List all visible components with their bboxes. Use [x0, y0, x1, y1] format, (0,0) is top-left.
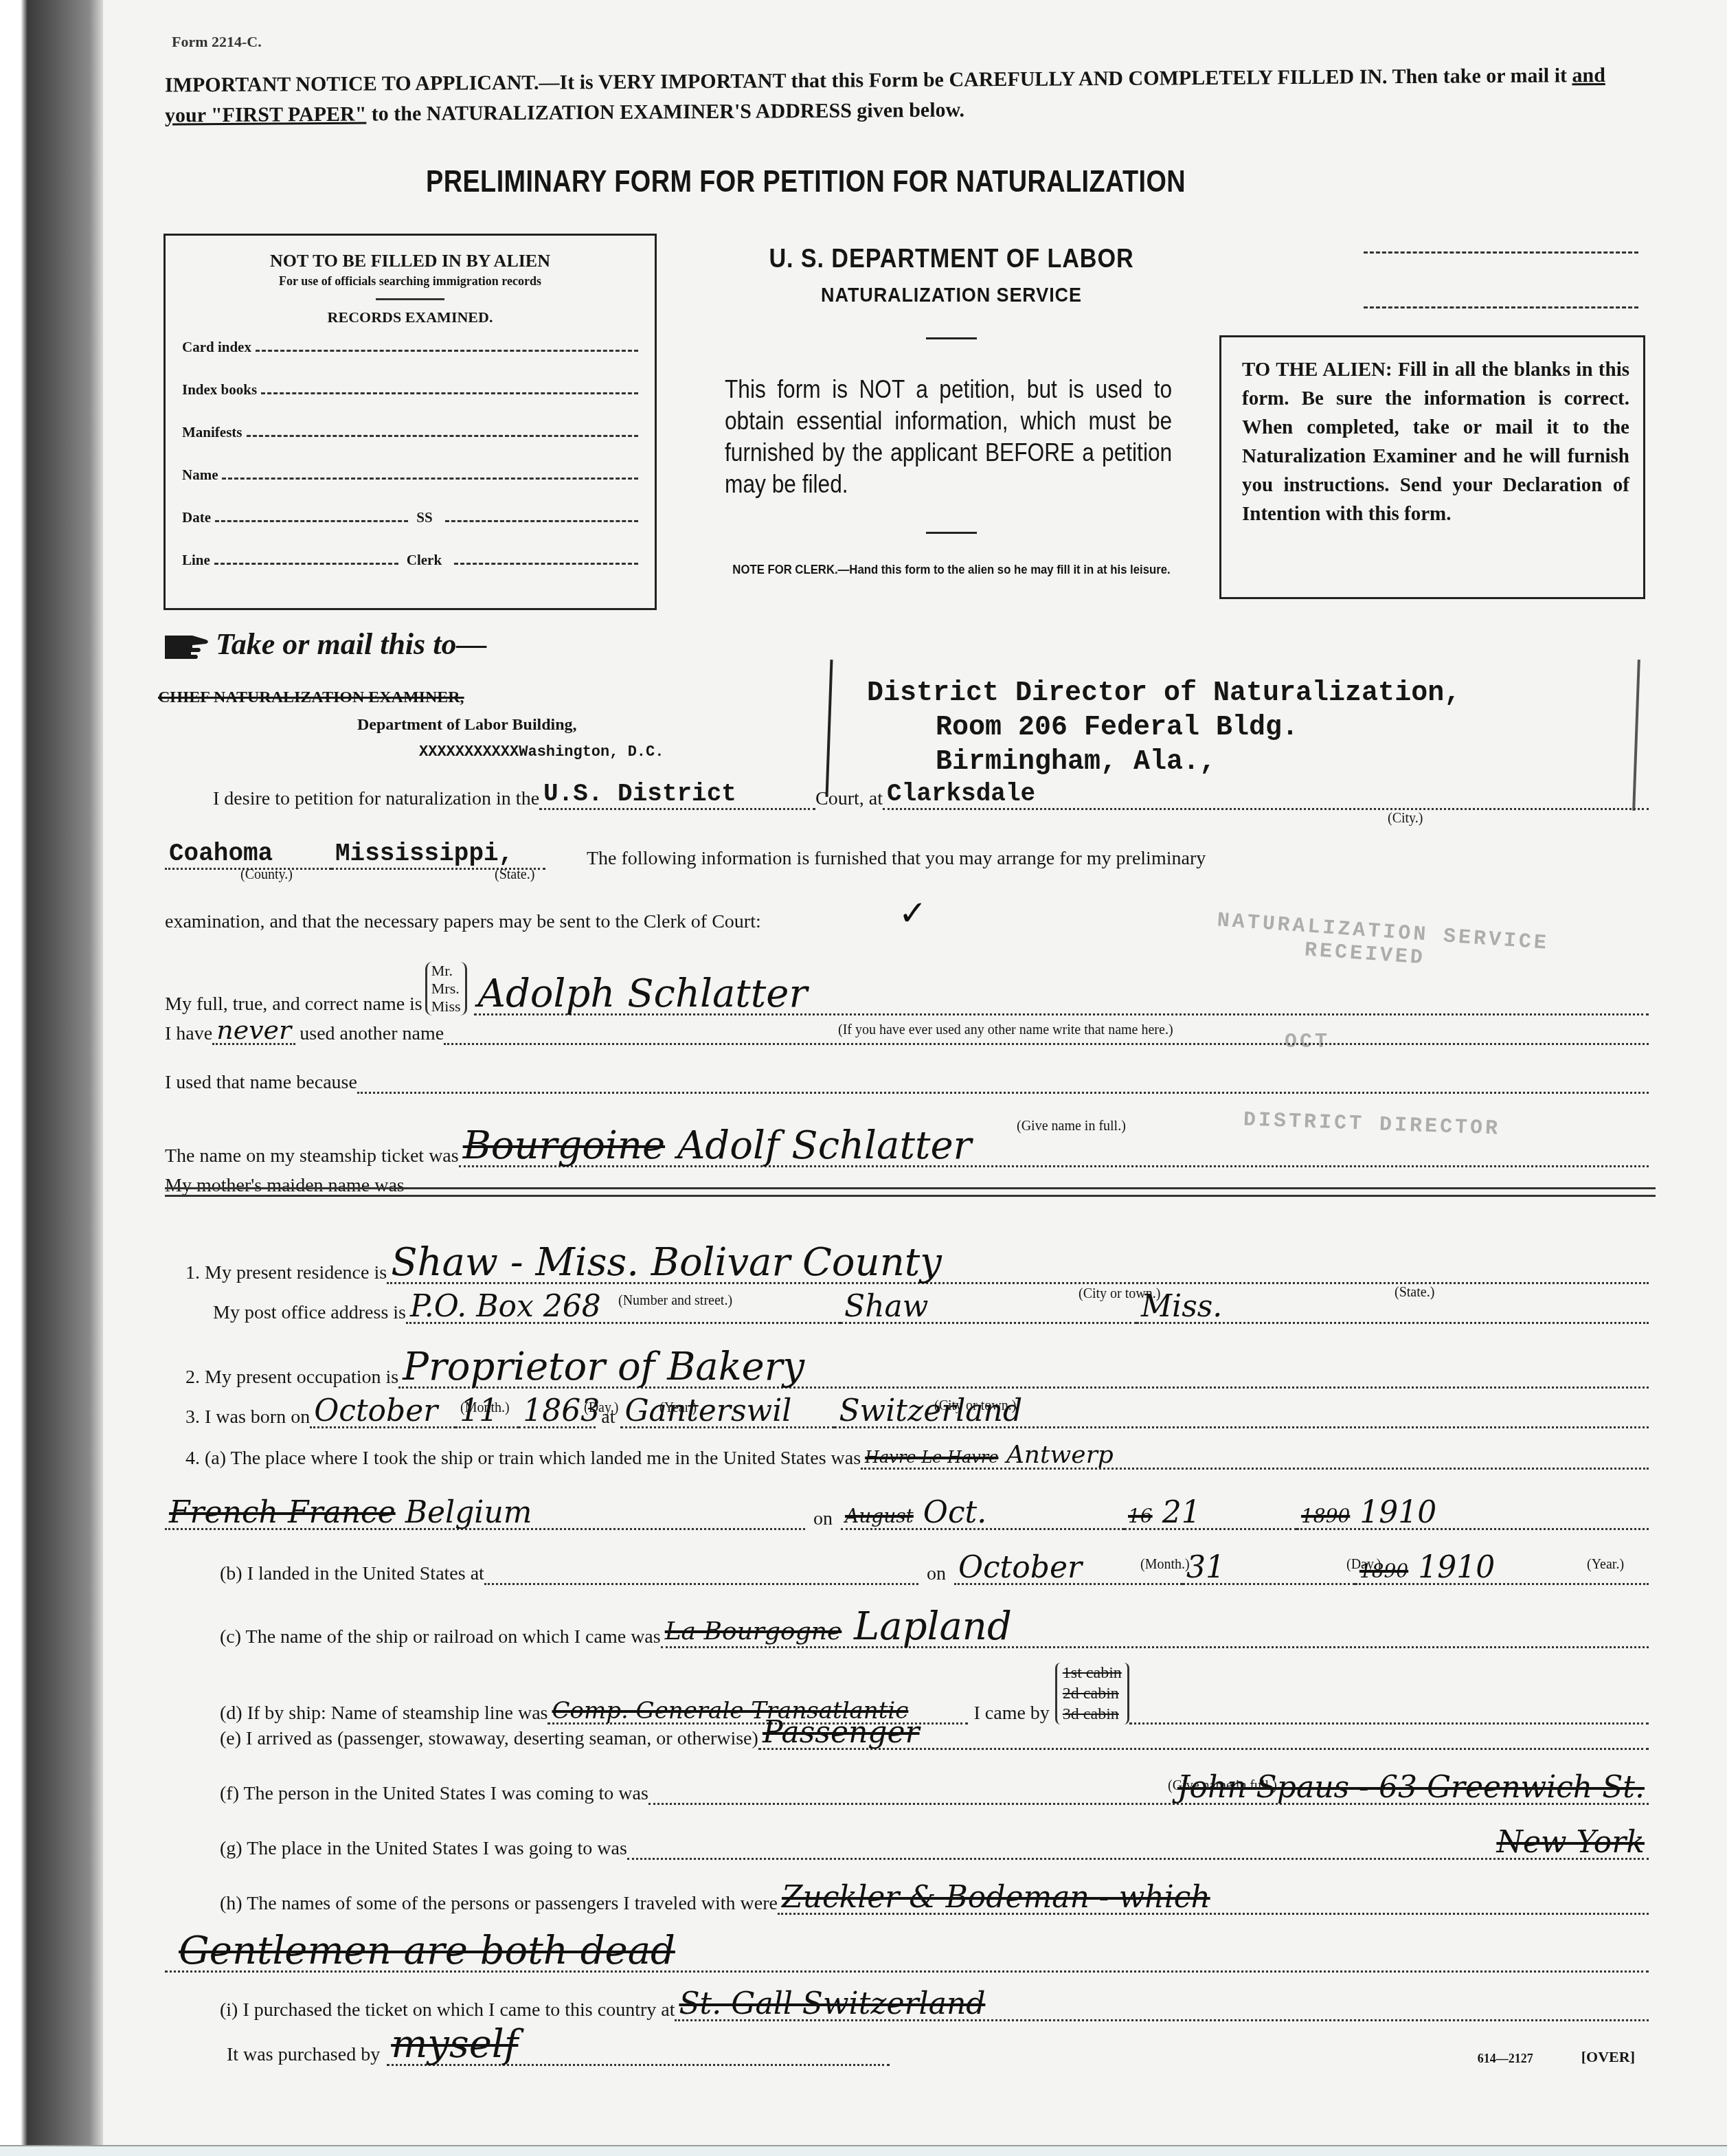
section-divider	[165, 1187, 1656, 1197]
scan-shadow-edge	[0, 0, 103, 2156]
cabin-option[interactable]: 1st cabin	[1063, 1663, 1122, 1683]
official-blank-2[interactable]	[1364, 306, 1638, 308]
divider	[926, 337, 977, 339]
purchased-by-field[interactable]: myself	[387, 2025, 890, 2066]
service-name: NATURALIZATION SERVICE	[701, 284, 1202, 307]
birth-month-field[interactable]: October	[310, 1396, 455, 1428]
official-blank-1[interactable]	[1364, 251, 1638, 254]
form-number: Form 2214-C.	[172, 33, 262, 51]
embark-month-field[interactable]: August Oct.	[841, 1498, 1124, 1530]
landing-place-field[interactable]	[484, 1583, 918, 1585]
divider	[376, 298, 444, 300]
clerk-note: NOTE FOR CLERK.—Hand this form to the al…	[707, 561, 1197, 579]
embark-country-field[interactable]: French France Belgium	[165, 1498, 805, 1530]
date-blank[interactable]	[215, 510, 408, 522]
ss-blank[interactable]	[445, 510, 638, 522]
travel-companions-continued-field[interactable]: Gentlemen are both dead	[165, 1932, 1649, 1973]
department-name: U. S. DEPARTMENT OF LABOR	[701, 245, 1202, 274]
manifests-field[interactable]: Manifests	[182, 424, 638, 467]
take-or-mail-heading: Take or mail this to—	[163, 627, 486, 662]
travel-companions-field[interactable]: Zuckler & Bodeman - which	[778, 1883, 1649, 1915]
old-addressee: CHIEF NATURALIZATION EXAMINER,	[158, 684, 664, 711]
over-label: [OVER]	[1581, 2048, 1635, 2066]
other-name-field[interactable]	[444, 1043, 1649, 1045]
occupation-row: 2. My present occupation is Proprietor o…	[165, 1348, 1649, 1389]
card-index-blank[interactable]	[256, 340, 638, 352]
department-block: U. S. DEPARTMENT OF LABOR NATURALIZATION…	[673, 245, 1230, 579]
q4b-row: (b) I landed in the United States at on …	[165, 1553, 1649, 1585]
po-state-field[interactable]: Miss.	[1137, 1292, 1649, 1324]
to-the-alien-box: TO THE ALIEN: Fill in all the blanks in …	[1219, 335, 1645, 599]
pointing-hand-icon	[163, 629, 212, 660]
arrival-status-field[interactable]: Passenger	[758, 1718, 1649, 1750]
officials-heading: NOT TO BE FILLED IN BY ALIEN	[182, 251, 638, 271]
destination-field[interactable]: New York	[627, 1828, 1649, 1860]
cabin-class-selector[interactable]: 1st cabin 2d cabin 3d cabin	[1055, 1663, 1129, 1725]
old-building: Department of Labor Building,	[158, 711, 664, 739]
officials-records-box: NOT TO BE FILLED IN BY ALIEN For use of …	[163, 234, 657, 610]
cabin-option[interactable]: 2d cabin	[1063, 1683, 1122, 1704]
landing-day-field[interactable]: 31	[1182, 1553, 1355, 1585]
old-address: CHIEF NATURALIZATION EXAMINER, Departmen…	[158, 684, 664, 766]
divider	[926, 532, 977, 534]
clerk-blank[interactable]	[454, 553, 638, 565]
embark-place-field[interactable]: Havre Le Havre Antwerp	[861, 1443, 1649, 1470]
q4e-row: (e) I arrived as (passenger, stowaway, d…	[165, 1718, 1649, 1750]
purchased-by-row: It was purchased by myself 614—2127 [OVE…	[165, 2025, 1649, 2066]
page-title: PRELIMINARY FORM FOR PETITION FOR NATURA…	[426, 165, 1186, 199]
q4a-date-row: French France Belgium on August Oct. 16 …	[165, 1498, 1649, 1530]
address-bracket	[826, 660, 833, 797]
county-field[interactable]: Coahoma	[165, 840, 331, 870]
never-field[interactable]: never	[212, 1017, 295, 1045]
used-because-row: I used that name because	[165, 1072, 1649, 1094]
index-books-field[interactable]: Index books	[182, 381, 638, 424]
line-clerk-field[interactable]: LineClerk	[182, 552, 638, 594]
embark-day-field[interactable]: 16 21	[1124, 1498, 1297, 1530]
person-coming-to-field[interactable]: John Spaus - 63 Greenwich St.	[648, 1773, 1649, 1805]
county-state-row: Coahoma Mississippi, The following infor…	[165, 840, 1649, 870]
line-blank[interactable]	[214, 553, 398, 565]
q4g-row: (g) The place in the United States I was…	[165, 1828, 1649, 1860]
q4a-row: 4. (a) The place where I took the ship o…	[165, 1443, 1649, 1470]
scan-bottom-edge	[0, 2145, 1727, 2156]
full-name-field[interactable]: Adolph Schlatter	[474, 975, 1649, 1015]
city-field[interactable]: Clarksdale	[883, 780, 1649, 810]
q4i-row: (i) I purchased the ticket on which I ca…	[165, 1989, 1649, 2021]
old-city: XXXXXXXXXXXWashington, D.C.	[158, 739, 664, 766]
date-ss-field[interactable]: DateSS	[182, 509, 638, 552]
card-index-field[interactable]: Card index	[182, 339, 638, 381]
ticket-purchase-place-field[interactable]: St. Gall Switzerland	[675, 1989, 1649, 2021]
q4h-row: (h) The names of some of the persons or …	[165, 1883, 1649, 1915]
used-because-field[interactable]	[357, 1092, 1649, 1094]
name-field[interactable]: Name	[182, 467, 638, 509]
birth-city-field[interactable]: Ganterswil	[620, 1396, 835, 1428]
not-petition-notice: This form is NOT a petition, but is used…	[707, 374, 1197, 500]
residence-field[interactable]: Shaw - Miss. Bolivar County	[387, 1244, 1649, 1284]
petition-court-row: I desire to petition for naturalization …	[165, 780, 1649, 810]
embark-year-field[interactable]: 1890 1910	[1297, 1498, 1649, 1530]
records-examined-heading: RECORDS EXAMINED.	[182, 308, 638, 326]
important-notice: IMPORTANT NOTICE TO APPLICANT.—It is VER…	[165, 60, 1649, 131]
title-selector[interactable]: Mr. Mrs. Miss	[425, 962, 467, 1015]
state-field[interactable]: Mississippi,	[331, 840, 545, 870]
officials-subheading: For use of officials searching immigrati…	[182, 274, 638, 289]
court-field[interactable]: U.S. District	[539, 780, 815, 810]
name-blank[interactable]	[222, 468, 638, 480]
residence-row: 1. My present residence is Shaw - Miss. …	[165, 1244, 1649, 1284]
date-stamp: OCT	[1285, 1031, 1330, 1054]
index-books-blank[interactable]	[261, 383, 638, 394]
occupation-field[interactable]: Proprietor of Bakery	[398, 1348, 1649, 1389]
ship-name-field[interactable]: La Bourgogne Lapland	[661, 1608, 1649, 1648]
q4h-continuation-row: Gentlemen are both dead	[165, 1932, 1649, 1973]
form-code: 614—2127	[1478, 2052, 1533, 2066]
birth-row: 3. I was born on October 11 1863 at Gant…	[165, 1396, 1649, 1428]
q4f-row: (f) The person in the United States I wa…	[165, 1773, 1649, 1805]
new-address: District Director of Naturalization, Roo…	[867, 677, 1460, 780]
q4c-row: (c) The name of the ship or railroad on …	[165, 1608, 1649, 1648]
manifests-blank[interactable]	[247, 425, 639, 437]
check-mark-icon: ✓	[899, 893, 927, 933]
